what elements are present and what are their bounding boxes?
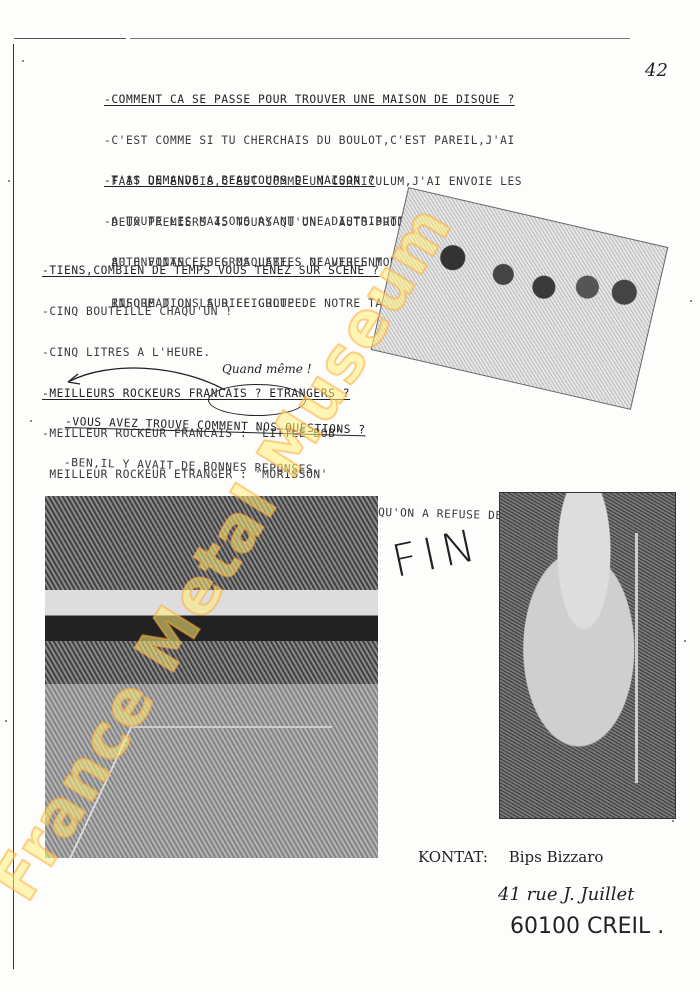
speckle: [30, 420, 32, 422]
address-line-2: 60100 CREIL .: [510, 914, 664, 939]
answer-line: -C'EST COMME SI TU CHERCHAIS DU BOULOT,C…: [104, 134, 529, 148]
answer-line: -CINQ BOUTEILLE CHAQU'UN !: [42, 305, 379, 319]
page-border-top: [14, 38, 126, 39]
contact-name: Bips Bizzaro: [509, 848, 604, 866]
question: -COMMENT CA SE PASSE POUR TROUVER UNE MA…: [104, 93, 529, 107]
stage-crowd-photo: [45, 496, 378, 858]
answer-line: -BEN,IL Y AVAIT DE BONNES REPONSES.: [64, 456, 504, 482]
page-number: 42: [645, 60, 668, 81]
answer-line: -CINQ LITRES A L'HEURE.: [42, 346, 379, 360]
question: -TIENS,COMBIEN DE TEMPS VOUS TENEZ SUR S…: [42, 264, 379, 278]
singer-microphone-photo: [499, 492, 676, 819]
page-border-top: [130, 38, 630, 39]
speckle: [672, 820, 674, 822]
speckle: [690, 300, 692, 302]
speckle: [684, 640, 686, 642]
address-line-1: 41 rue J. Juillet: [498, 884, 634, 905]
question: -VOUS AVEZ TROUVE COMMENT NOS QUESTIONS …: [65, 415, 505, 441]
speckle: [22, 60, 24, 62]
speckle: [8, 180, 10, 182]
page-border-left: [13, 44, 14, 969]
question: -T'AS DEMANDE A BEAUCOUPS DE MAISON ?: [104, 174, 537, 188]
contact-label-line: KONTAT: Bips Bizzaro: [418, 848, 603, 866]
handwritten-annotation: Quand même !: [222, 362, 312, 376]
speckle: [5, 720, 7, 722]
contact-label: KONTAT:: [418, 848, 488, 866]
band-group-photo: [371, 187, 669, 410]
